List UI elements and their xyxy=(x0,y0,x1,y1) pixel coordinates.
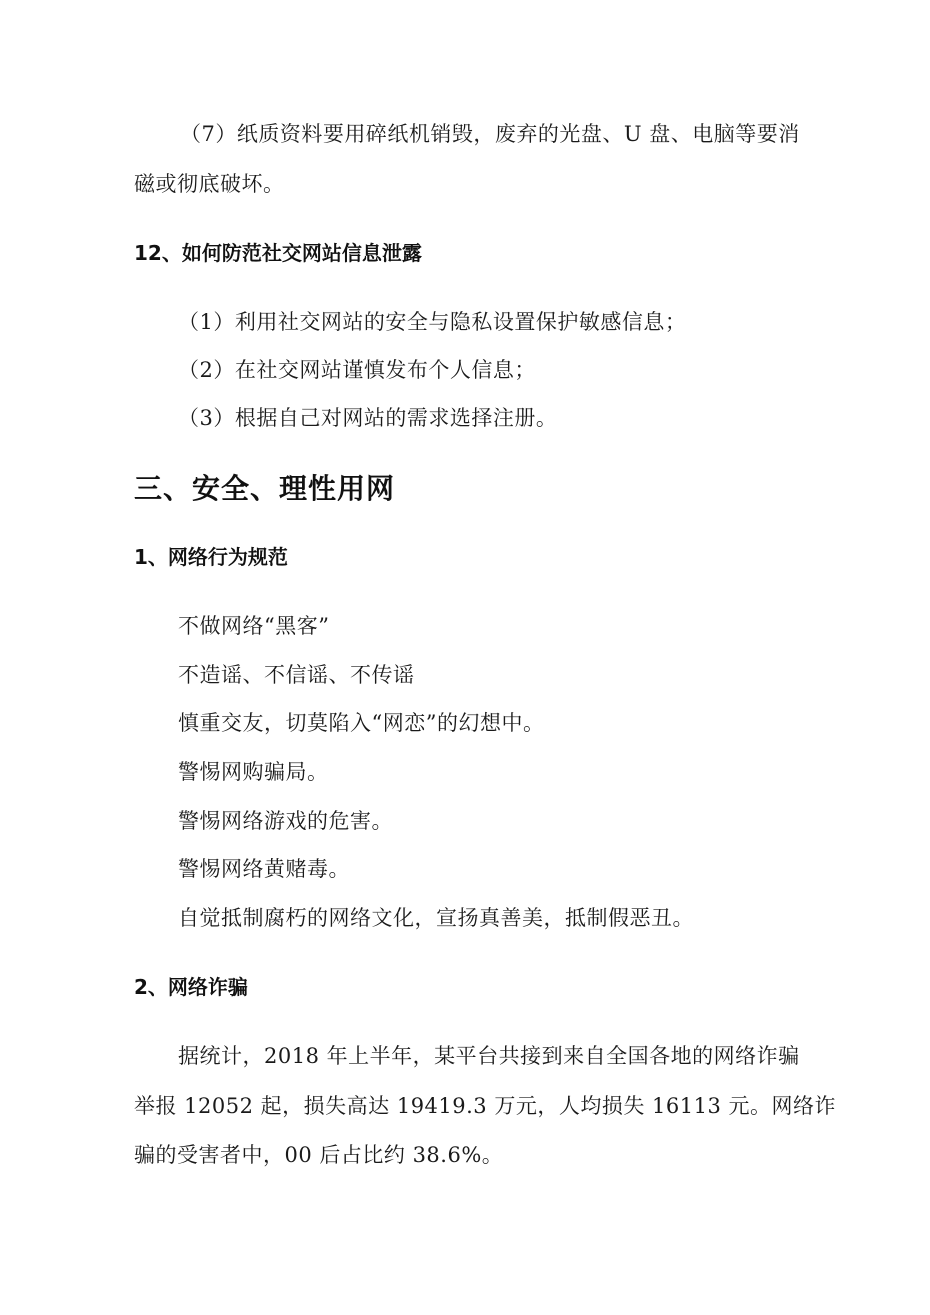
item-7-line-1: （7）纸质资料要用碎纸机销毁，废弃的光盘、U 盘、电脑等要消 xyxy=(180,124,800,145)
norm-item-5: 警惕网络游戏的危害。 xyxy=(178,811,393,832)
document-page: （7）纸质资料要用碎纸机销毁，废弃的光盘、U 盘、电脑等要消 磁或彻底破坏。 1… xyxy=(0,0,930,1315)
norm-item-1: 不做网络“黑客” xyxy=(178,616,329,637)
section-12-item-1: （1）利用社交网站的安全与隐私设置保护敏感信息； xyxy=(178,312,686,333)
sub-2-heading: 2、网络诈骗 xyxy=(134,977,248,997)
norm-item-3: 慎重交友，切莫陷入“网恋”的幻想中。 xyxy=(178,713,544,734)
fraud-paragraph-line-1: 据统计，2018 年上半年，某平台共接到来自全国各地的网络诈骗 xyxy=(178,1046,800,1067)
section-12-item-3: （3）根据自己对网站的需求选择注册。 xyxy=(178,408,557,429)
chapter-3-heading: 三、安全、理性用网 xyxy=(134,475,395,503)
section-12-item-2: （2）在社交网站谨慎发布个人信息； xyxy=(178,360,536,381)
norm-item-7: 自觉抵制腐朽的网络文化，宣扬真善美，抵制假恶丑。 xyxy=(178,908,694,929)
fraud-paragraph-line-3: 骗的受害者中，00 后占比约 38.6%。 xyxy=(134,1145,503,1166)
sub-1-heading: 1、网络行为规范 xyxy=(134,547,288,567)
section-12-heading: 12、如何防范社交网站信息泄露 xyxy=(134,243,422,263)
fraud-paragraph-line-2: 举报 12052 起，损失高达 19419.3 万元，人均损失 16113 元。… xyxy=(134,1096,836,1117)
norm-item-6: 警惕网络黄赌毒。 xyxy=(178,859,350,880)
norm-item-4: 警惕网购骗局。 xyxy=(178,762,329,783)
norm-item-2: 不造谣、不信谣、不传谣 xyxy=(178,665,415,686)
item-7-line-2: 磁或彻底破坏。 xyxy=(134,174,285,195)
